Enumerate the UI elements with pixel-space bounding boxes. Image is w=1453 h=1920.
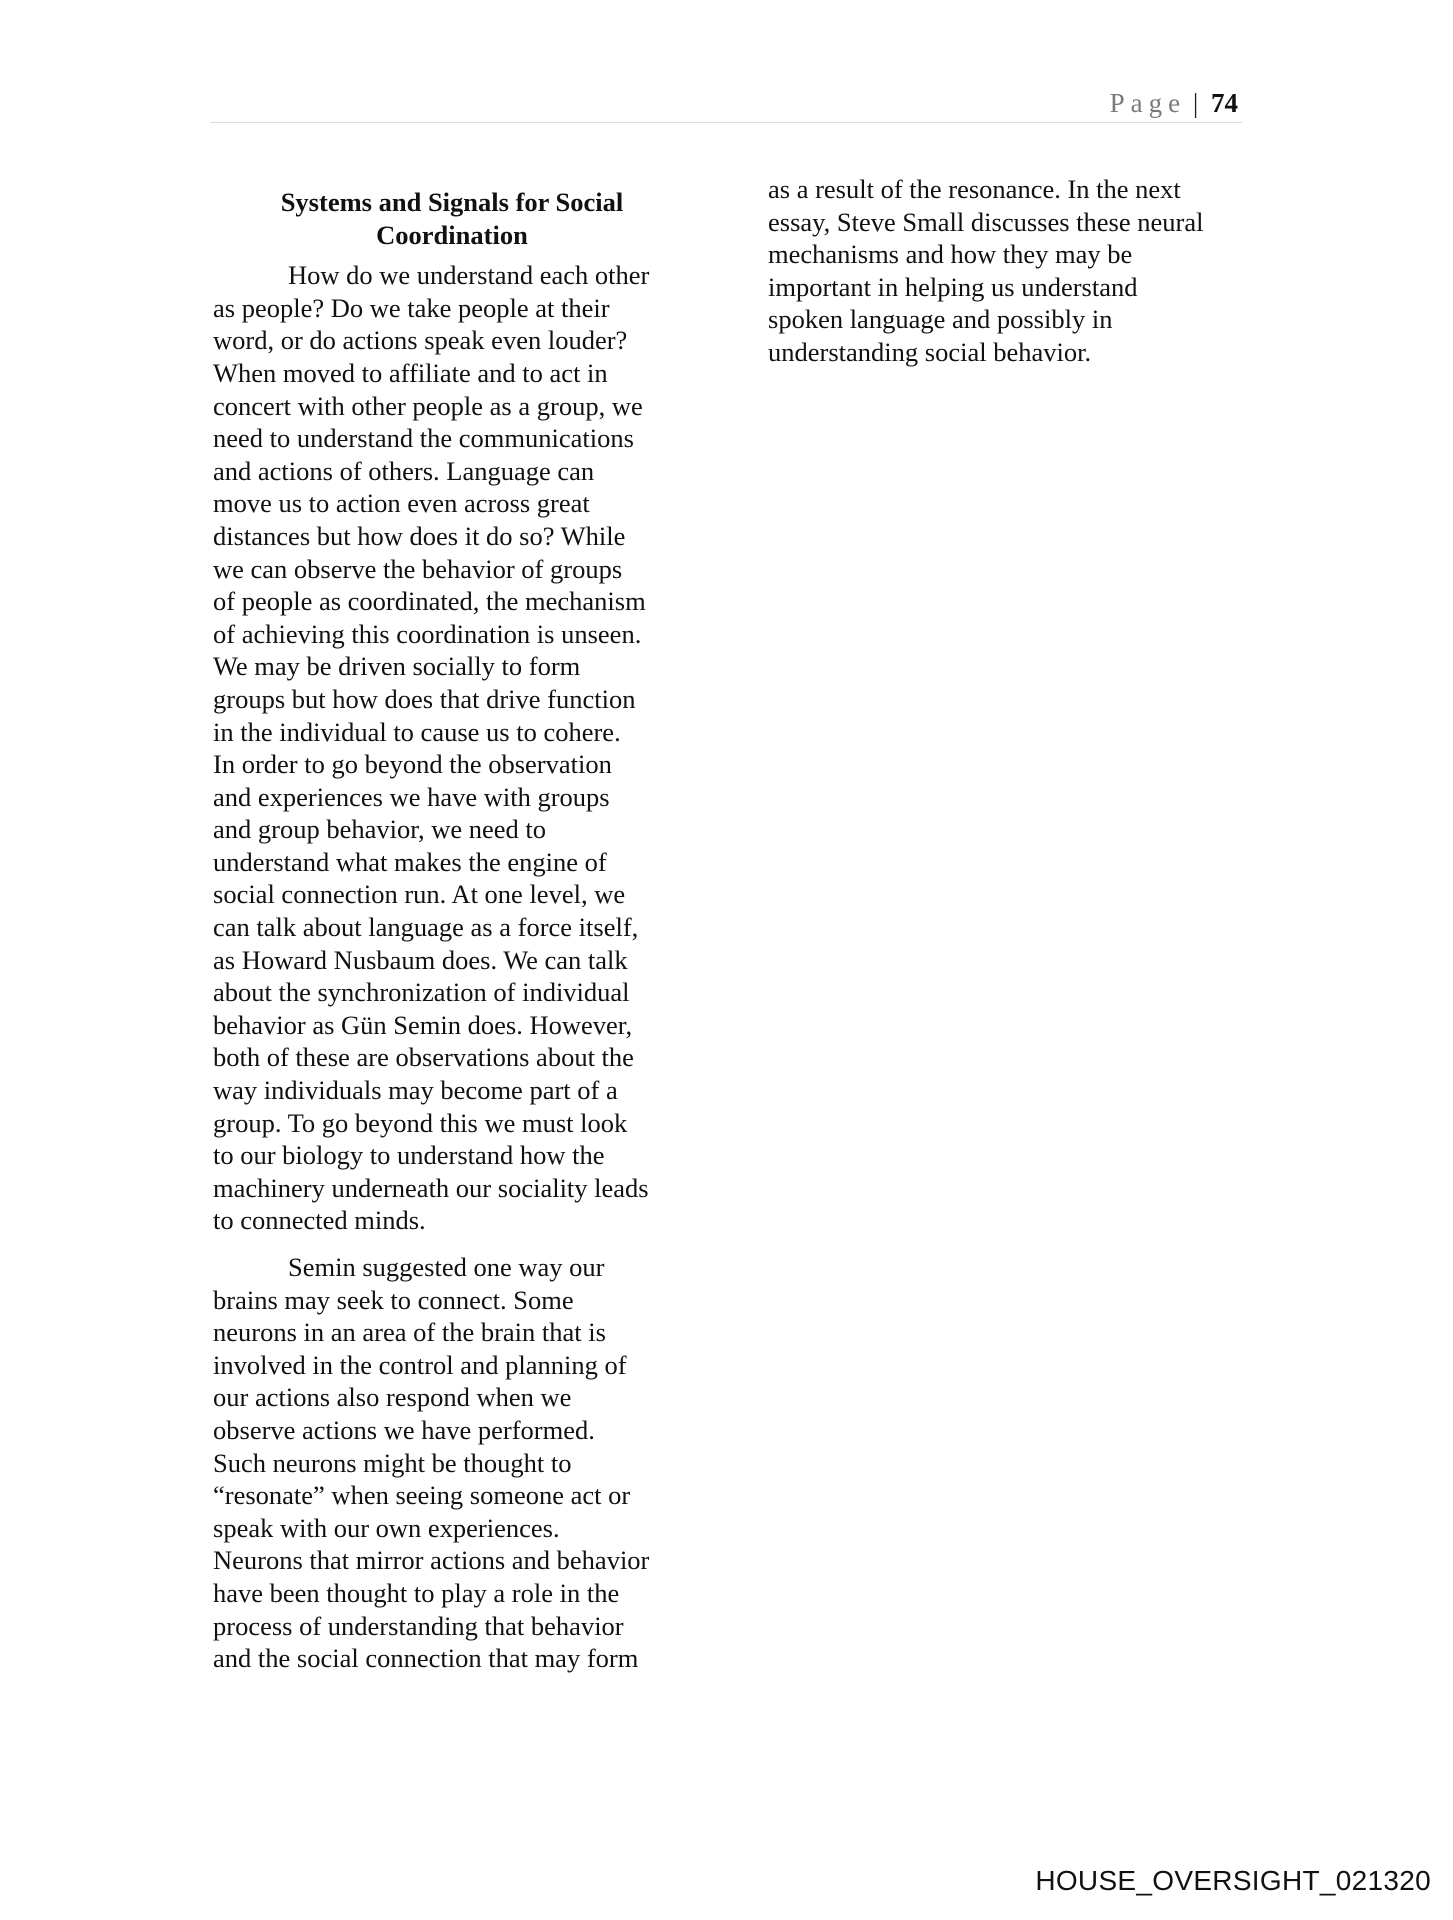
text-line: concert with other people as a group, we [213,390,691,423]
text-line: and group behavior, we need to [213,813,691,846]
page-number: 74 [1211,88,1238,118]
text-line: as Howard Nusbaum does. We can talk [213,944,691,977]
text-line: observe actions we have performed. [213,1414,691,1447]
paragraph-1: How do we understand each otheras people… [213,259,691,1237]
text-line: involved in the control and planning of [213,1349,691,1382]
text-line: Such neurons might be thought to [213,1447,691,1480]
text-line: way individuals may become part of a [213,1074,691,1107]
text-line: spoken language and possibly in [768,303,1248,336]
right-column: as a result of the resonance. In the nex… [768,173,1248,383]
page-number-label: Page | 74 [1110,86,1238,120]
text-line: we can observe the behavior of groups [213,553,691,586]
paragraph-2: Semin suggested one way ourbrains may se… [213,1251,691,1675]
text-line: and actions of others. Language can [213,455,691,488]
text-line: process of understanding that behavior [213,1610,691,1643]
title-line: Coordination [213,219,691,252]
paragraph-continued: as a result of the resonance. In the nex… [768,173,1248,369]
text-line: about the synchronization of individual [213,976,691,1009]
text-line: to our biology to understand how the [213,1139,691,1172]
text-line: have been thought to play a role in the [213,1577,691,1610]
text-line: Semin suggested one way our [213,1251,691,1284]
text-line: of people as coordinated, the mechanism [213,585,691,618]
text-line: speak with our own experiences. [213,1512,691,1545]
text-line: machinery underneath our sociality leads [213,1172,691,1205]
text-line: as a result of the resonance. In the nex… [768,173,1248,206]
text-line: need to understand the communications [213,422,691,455]
text-line: groups but how does that drive function [213,683,691,716]
text-line: important in helping us understand [768,271,1248,304]
bates-stamp: HOUSE_OVERSIGHT_021320 [1035,1865,1431,1897]
text-line: move us to action even across great [213,487,691,520]
text-line: We may be driven socially to form [213,650,691,683]
text-line: essay, Steve Small discusses these neura… [768,206,1248,239]
text-line: “resonate” when seeing someone act or [213,1479,691,1512]
text-line: How do we understand each other [213,259,691,292]
text-line: and experiences we have with groups [213,781,691,814]
text-line: of achieving this coordination is unseen… [213,618,691,651]
text-line: and the social connection that may form [213,1642,691,1675]
title-line: Systems and Signals for Social [213,186,691,219]
page-header: Page | 74 [210,86,1242,123]
text-line: behavior as Gün Semin does. However, [213,1009,691,1042]
text-line: understand what makes the engine of [213,846,691,879]
left-column: Systems and Signals for Social Coordinat… [213,186,691,1689]
text-line: mechanisms and how they may be [768,238,1248,271]
text-line: social connection run. At one level, we [213,878,691,911]
text-line: In order to go beyond the observation [213,748,691,781]
text-line: word, or do actions speak even louder? [213,324,691,357]
text-line: When moved to affiliate and to act in [213,357,691,390]
text-line: Neurons that mirror actions and behavior [213,1544,691,1577]
text-line: brains may seek to connect. Some [213,1284,691,1317]
text-line: group. To go beyond this we must look [213,1107,691,1140]
text-line: both of these are observations about the [213,1041,691,1074]
text-line: can talk about language as a force itsel… [213,911,691,944]
text-line: our actions also respond when we [213,1381,691,1414]
text-line: as people? Do we take people at their [213,292,691,325]
page-separator: | [1193,88,1198,118]
page-word: Page [1110,88,1186,118]
text-line: distances but how does it do so? While [213,520,691,553]
text-line: in the individual to cause us to cohere. [213,716,691,749]
article-title: Systems and Signals for Social Coordinat… [213,186,691,251]
text-line: neurons in an area of the brain that is [213,1316,691,1349]
text-line: to connected minds. [213,1204,691,1237]
text-line: understanding social behavior. [768,336,1248,369]
